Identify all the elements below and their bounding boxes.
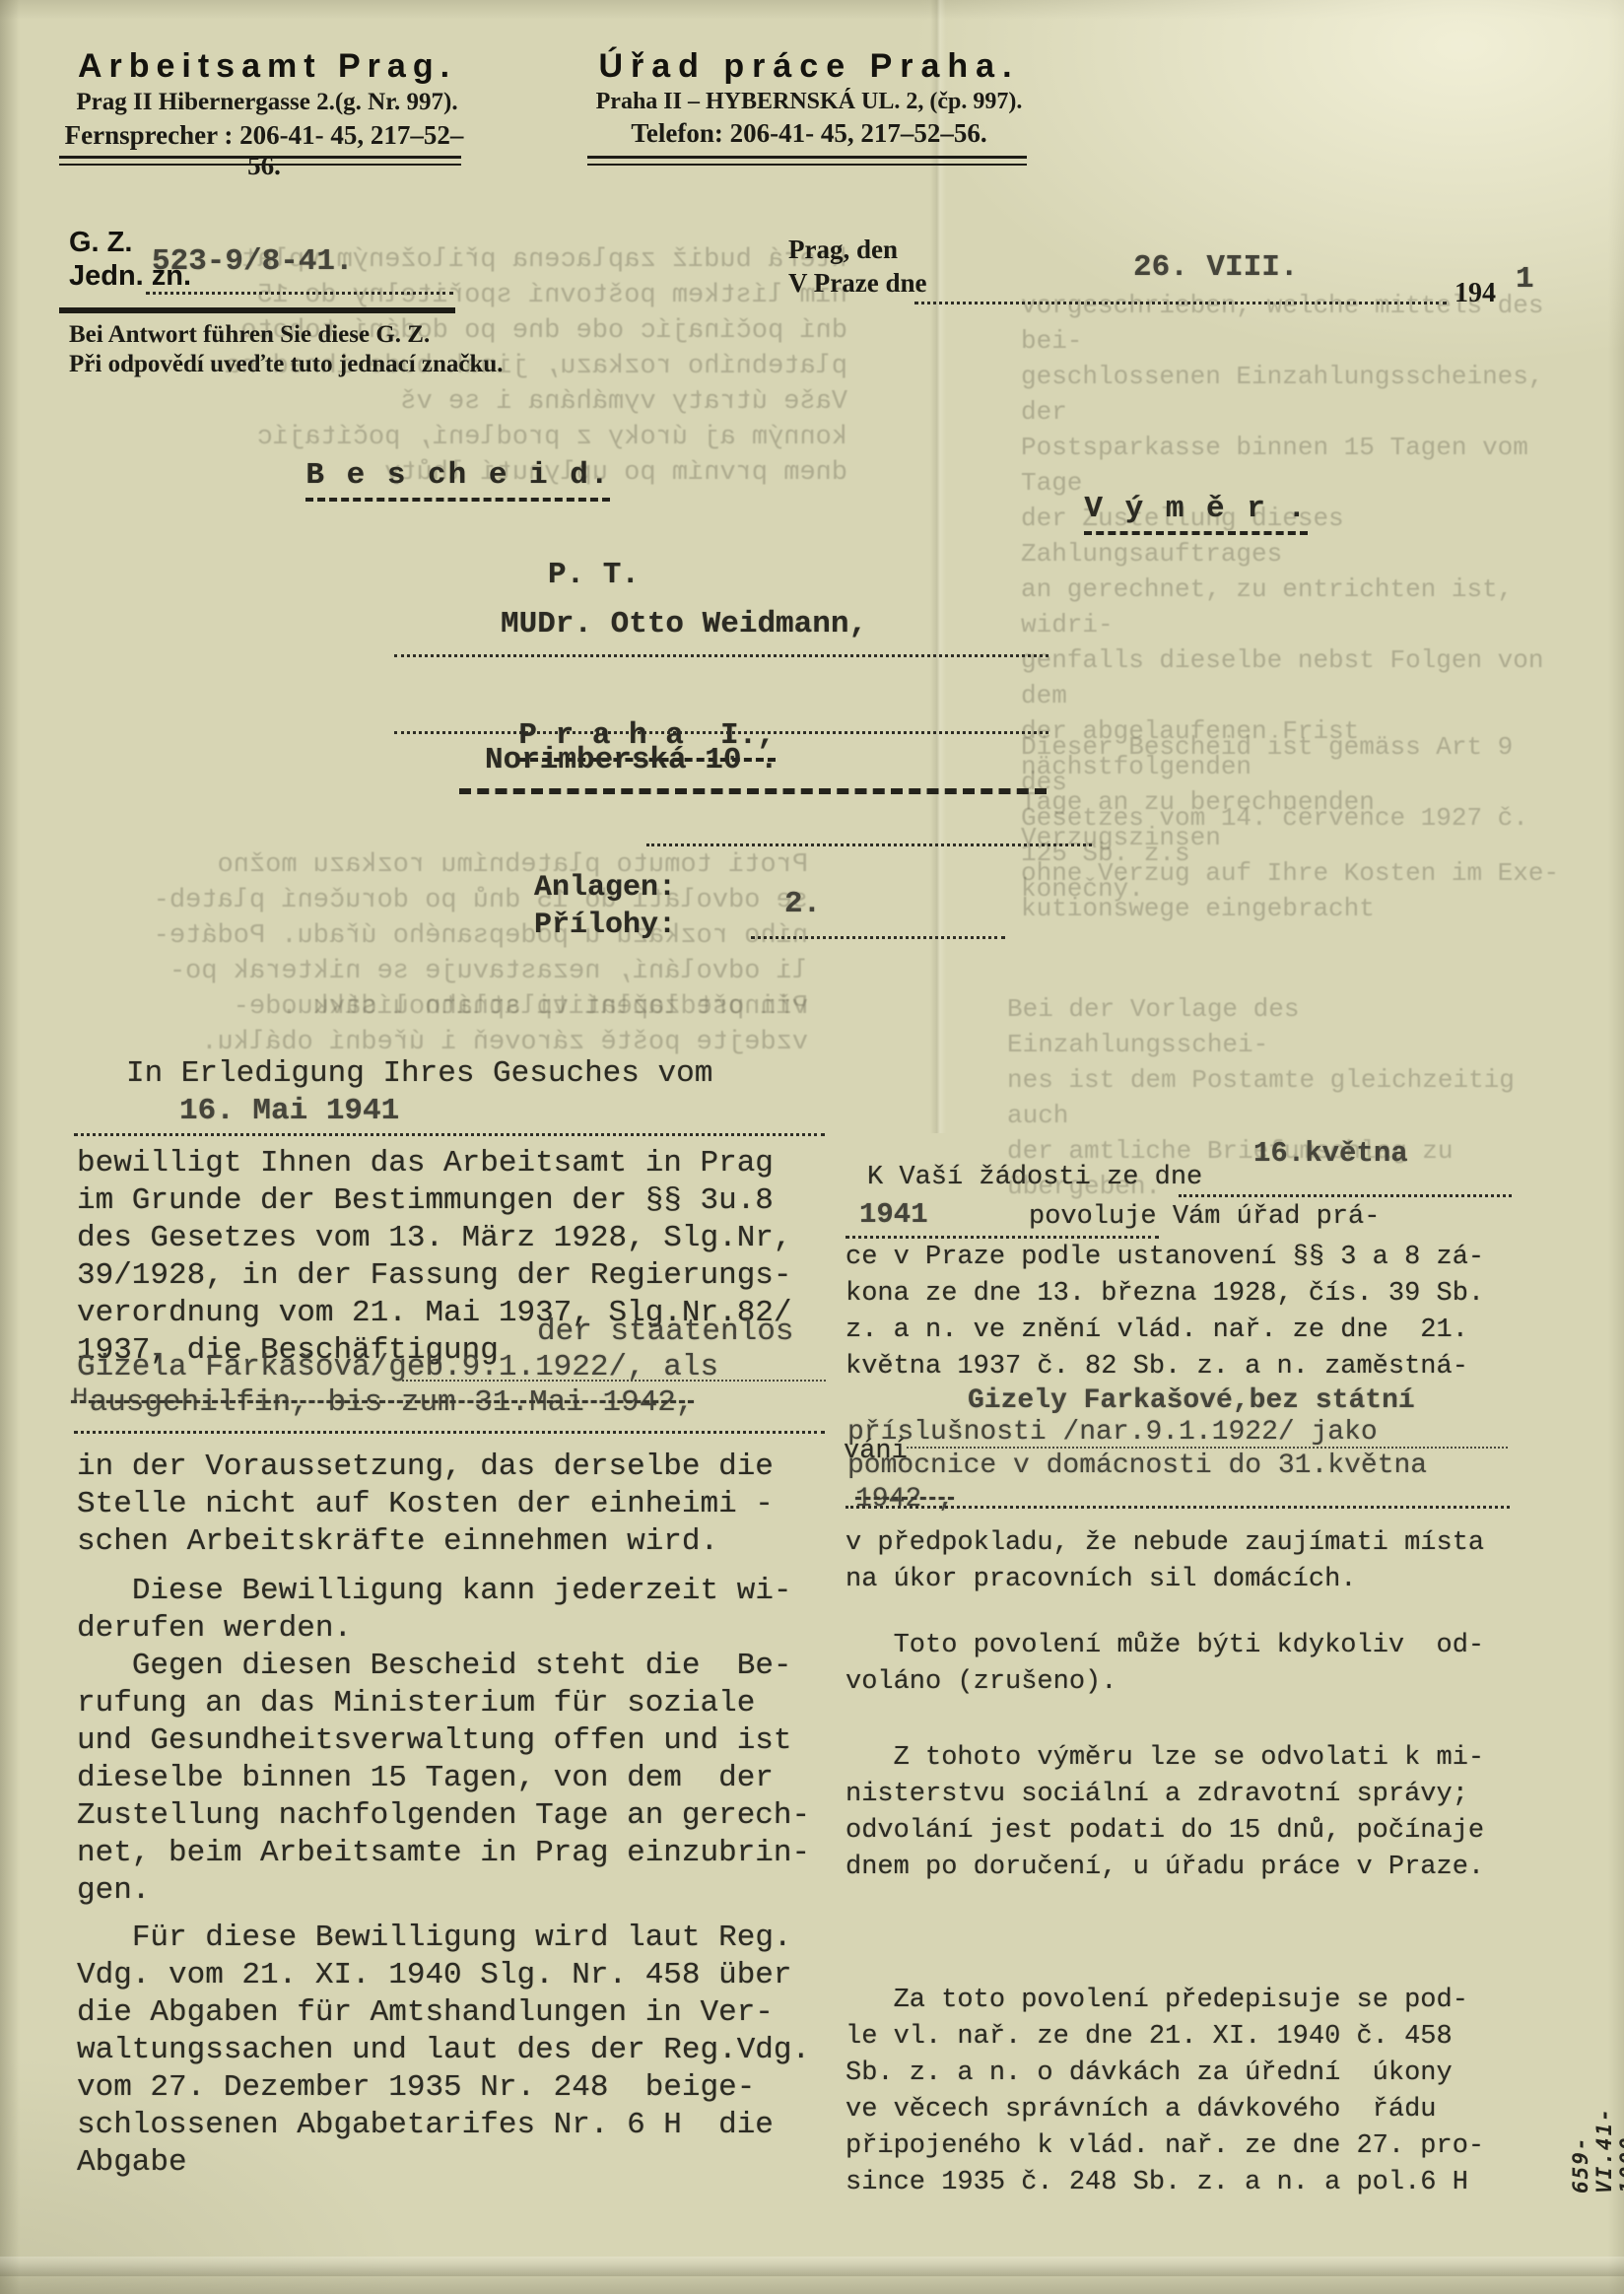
org-phone-czech: Telefon: 206-41- 45, 217–52–56.: [587, 118, 1031, 149]
reference-note-german: Bei Antwort führen Sie diese G. Z.: [69, 321, 430, 349]
reference-label-german: G. Z.: [69, 227, 132, 259]
year-typed: 1: [1516, 262, 1534, 297]
separator-dotted-line: [646, 843, 1092, 846]
enclosures-count: 2.: [784, 887, 821, 921]
header-rule-right: [587, 156, 1027, 166]
reference-rule: [59, 307, 455, 313]
document-page: která budiž zaplacena přiloženým vplat n…: [0, 0, 1624, 2294]
body-cs-paragraph-2: v předpokladu, že nebude zaujímati místa…: [846, 1525, 1525, 1598]
body-de-leader-dots: [402, 1380, 826, 1382]
body-cs-intro-label: K Vaší žádosti ze dne: [867, 1163, 1202, 1192]
body-cs-typed-insert-2: příslušnosti /nar.9.1.1922/ jako: [847, 1417, 1378, 1448]
body-cs-paragraph-3: Toto povolení může býti kdykoliv od- vol…: [846, 1628, 1525, 1701]
year-printed: 194: [1455, 278, 1496, 309]
dateline-dotted-line: [914, 302, 1447, 304]
bleedthrough-text: Při předložení vplatního lístku ode- vzd…: [118, 989, 808, 1060]
body-de-typed-insert-3: ᴴausgehilfin, bis zum 31.Mai 1942,: [71, 1385, 695, 1420]
doc-title-czech-text: V ý m ě r .: [1084, 492, 1308, 535]
typed-date: 26. VIII.: [1133, 250, 1298, 285]
bleedthrough-text: Dieser Bescheid ist gemäss Art 9 des Ges…: [1021, 729, 1573, 907]
org-address-czech: Praha II – HYBERNSKÁ UL. 2, (čp. 997).: [587, 89, 1031, 115]
doc-title-czech: V ý m ě r .: [1003, 457, 1308, 570]
recipient-dotted-line: [394, 731, 1049, 734]
body-de-dotted-line: [74, 1133, 825, 1136]
body-de-paragraph-2: in der Voraussetzung, das derselbe die S…: [77, 1449, 836, 1561]
enclosures-label-czech: Přílohy:: [534, 909, 676, 942]
recipient-name: MUDr. Otto Weidmann,: [501, 607, 867, 641]
reference-note-czech: Při odpovědí uveďte tuto jednací značku.: [69, 351, 504, 378]
body-cs-dotted-line: [846, 1506, 1510, 1509]
dateline-label-german: Prag, den: [788, 235, 898, 265]
enclosures-dotted-line: [751, 936, 1005, 939]
body-cs-dotted-line: [1179, 1194, 1512, 1197]
recipient-dashed-line: [459, 788, 1047, 794]
header-rule-left: [59, 156, 461, 166]
recipient-dotted-line: [394, 654, 1049, 657]
body-cs-typed-insert-1: Gizely Farkašové,bez státní: [968, 1385, 1415, 1416]
org-phone-german: Fernsprecher : 206-41- 45, 217–52–56.: [57, 120, 471, 181]
body-cs-paragraph-1: ce v Praze podle ustanovení §§ 3 a 8 zá-…: [846, 1240, 1525, 1385]
body-de-typed-insert-1: der staatenlos: [537, 1315, 793, 1349]
org-title-czech: Úřad práce Praha.: [587, 47, 1031, 86]
recipient-street: Norimberská 10 .: [485, 743, 778, 777]
recipient-city: P r a h a I.,: [445, 684, 776, 796]
org-title-german: Arbeitsamt Prag.: [65, 47, 469, 86]
doc-title-german-text: B e s ch e i d.: [305, 458, 610, 502]
body-cs-paragraph-4: Z tohoto výměru lze se odvolati k mi- ni…: [846, 1740, 1525, 1886]
body-cs-typed-insert-3: pomocnice v domácnosti do 31.května: [847, 1451, 1427, 1481]
body-cs-paragraph-5: Za toto povolení předepisuje se pod- le …: [846, 1983, 1525, 2201]
doc-title-german: B e s ch e i d.: [225, 424, 610, 536]
org-address-german: Prag II Hibernergasse 2.(g. Nr. 997).: [65, 89, 469, 116]
body-cs-typed-insert-4: 1942 ,: [855, 1484, 955, 1515]
body-cs-dotted-line: [846, 1236, 1159, 1239]
printers-code: 659-VI.41-1000: [1569, 2107, 1624, 2193]
body-de-dotted-line: [74, 1431, 825, 1434]
dateline-label-czech: V Praze dne: [788, 268, 926, 299]
body-cs-typed-year: 1941: [859, 1198, 928, 1231]
reference-number: 523-9/8-41.: [152, 244, 354, 279]
body-de-intro: In Erledigung Ihres Gesuches vom: [126, 1056, 712, 1091]
body-cs-typed-date: 16.května: [1253, 1137, 1408, 1170]
recipient-salutation: P. T.: [548, 558, 640, 592]
body-de-paragraph-5: Für diese Bewilligung wird laut Reg. Vdg…: [77, 1920, 836, 2182]
enclosures-label-german: Anlagen:: [534, 871, 676, 905]
body-de-intro-date: 16. Mai 1941: [179, 1094, 399, 1128]
body-cs-intro-cont: povoluje Vám úřad prá-: [1029, 1202, 1380, 1232]
reference-dotted-line: [146, 292, 453, 295]
body-de-paragraph-4: Gegen diesen Bescheid steht die Be- rufu…: [77, 1648, 836, 1910]
body-de-paragraph-3: Diese Bewilligung kann jederzeit wi- der…: [77, 1573, 836, 1648]
